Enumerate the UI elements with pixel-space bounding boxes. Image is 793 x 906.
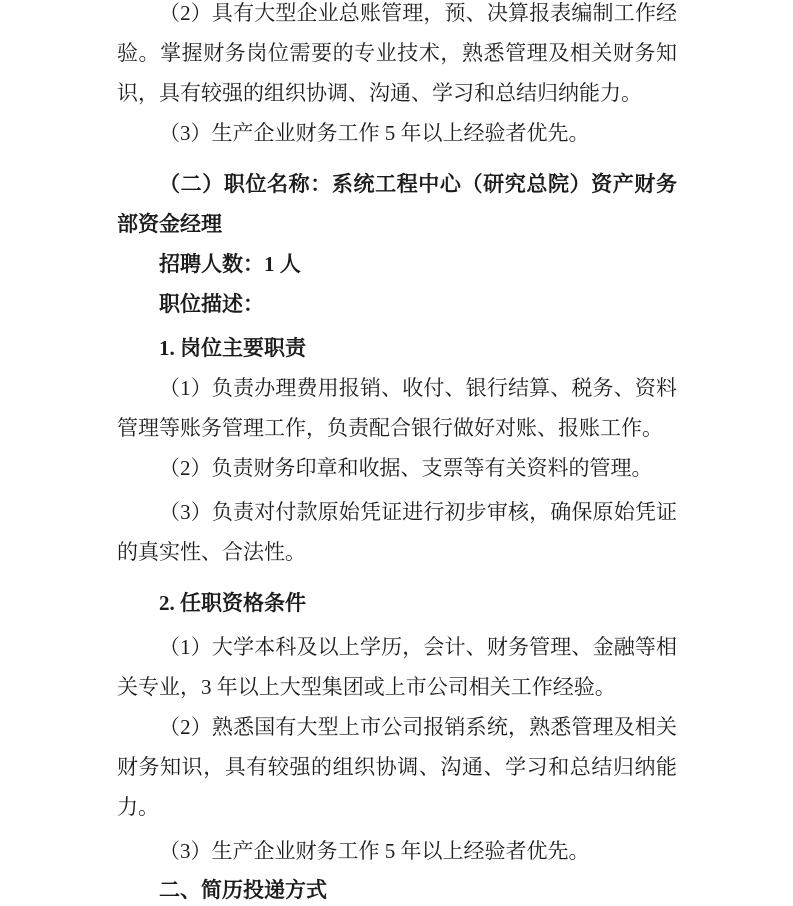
section-heading: （二）职位名称：系统工程中心（研究总院）资产财务部资金经理: [117, 164, 677, 244]
section-heading: 招聘人数：1 人: [117, 244, 677, 284]
section-heading: 1. 岗位主要职责: [117, 328, 677, 368]
section-heading: 二、简历投递方式: [117, 871, 677, 906]
paragraph: （2）具有大型企业总账管理，预、决算报表编制工作经验。掌握财务岗位需要的专业技术…: [117, 0, 677, 113]
paragraph: （3）生产企业财务工作 5 年以上经验者优先。: [117, 113, 677, 153]
document-body: （2）具有大型企业总账管理，预、决算报表编制工作经验。掌握财务岗位需要的专业技术…: [0, 0, 793, 906]
paragraph: （1）负责办理费用报销、收付、银行结算、税务、资料管理等账务管理工作，负责配合银…: [117, 368, 677, 448]
paragraph: （2）负责财务印章和收据、支票等有关资料的管理。: [117, 448, 677, 488]
section-heading: 职位描述：: [117, 284, 677, 324]
paragraph: （3）负责对付款原始凭证进行初步审核，确保原始凭证的真实性、合法性。: [117, 492, 677, 572]
paragraph: （1）大学本科及以上学历，会计、财务管理、金融等相关专业，3 年以上大型集团或上…: [117, 627, 677, 707]
section-heading: 2. 任职资格条件: [117, 583, 677, 623]
paragraph: （3）生产企业财务工作 5 年以上经验者优先。: [117, 831, 677, 871]
document-page: （2）具有大型企业总账管理，预、决算报表编制工作经验。掌握财务岗位需要的专业技术…: [0, 0, 793, 906]
paragraph: （2）熟悉国有大型上市公司报销系统，熟悉管理及相关财务知识，具有较强的组织协调、…: [117, 707, 677, 827]
